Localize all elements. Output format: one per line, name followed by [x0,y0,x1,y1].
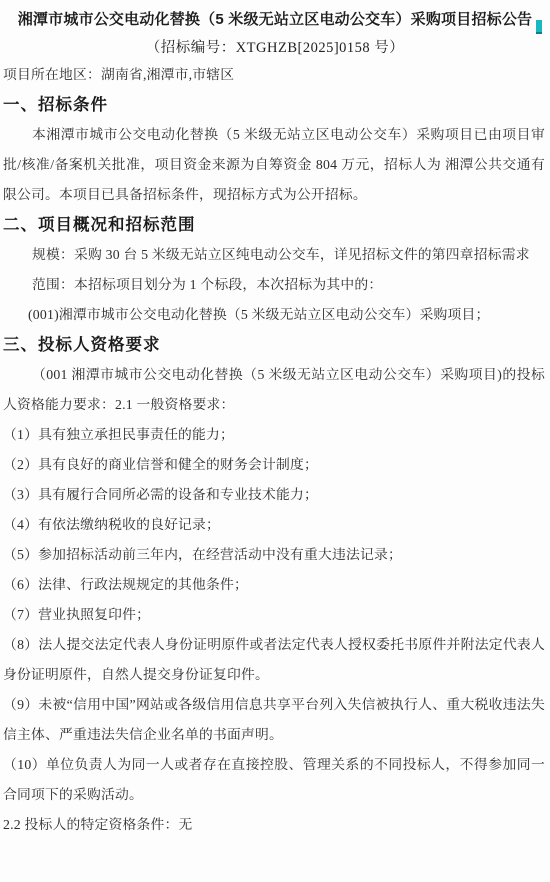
tender-conditions-paragraph: 本湘潭市城市公交电动化替换（5 米级无站立区电动公交车）采购项目已由项目审批/核… [3,120,545,210]
section-heading-project-overview: 二、项目概况和招标范围 [3,210,545,240]
project-location-line: 项目所在地区：湖南省,湘潭市,市辖区 [3,60,545,90]
bidder-qualifications-intro: （001 湘潭市城市公交电动化替换（5 米级无站立区电动公交车）采购项目)的投标… [3,360,545,420]
requirement-item-9: （9）未被“信用中国”网站或各级信用信息共享平台列入失信被执行人、重大税收违法失… [3,690,545,750]
document-body: 项目所在地区：湖南省,湘潭市,市辖区 一、招标条件 本湘潭市城市公交电动化替换（… [0,60,550,840]
requirement-item-5: （5）参加招标活动前三年内，在经营活动中没有重大违法记录； [3,540,545,570]
project-scope-line: 范围：本招标项目划分为 1 个标段，本次招标为其中的： [3,270,545,300]
requirement-item-1: （1）具有独立承担民事责任的能力； [3,420,545,450]
requirement-item-4: （4）有依法缴纳税收的良好记录； [3,510,545,540]
text-cursor [536,20,542,34]
lot-001-line: (001)湘潭市城市公交电动化替换（5 米级无站立区电动公交车）采购项目； [3,300,545,330]
requirement-item-2: （2）具有良好的商业信誉和健全的财务会计制度； [3,450,545,480]
section-heading-bidder-qualifications: 三、投标人资格要求 [3,330,545,360]
specific-qualification-line: 2.2 投标人的特定资格条件：无 [3,810,545,840]
tender-number-line: （招标编号：XTGHZB[2025]0158 号） [0,36,550,60]
requirement-item-10: （10）单位负责人为同一人或者存在直接控股、管理关系的不同投标人，不得参加同一合… [3,750,545,810]
document-title: 湘潭市城市公交电动化替换（5 米级无站立区电动公交车）采购项目招标公告 [0,0,550,32]
project-scale-line: 规模：采购 30 台 5 米级无站立区纯电动公交车，详见招标文件的第四章招标需求 [3,240,545,270]
requirement-item-7: （7）营业执照复印件； [3,600,545,630]
requirement-item-6: （6）法律、行政法规规定的其他条件； [3,570,545,600]
requirement-item-8: （8）法人提交法定代表人身份证明原件或者法定代表人授权委托书原件并附法定代表人身… [3,630,545,690]
section-heading-tender-conditions: 一、招标条件 [3,90,545,120]
document-page: 湘潭市城市公交电动化替换（5 米级无站立区电动公交车）采购项目招标公告 （招标编… [0,0,550,882]
requirement-item-3: （3）具有履行合同所必需的设备和专业技术能力； [3,480,545,510]
